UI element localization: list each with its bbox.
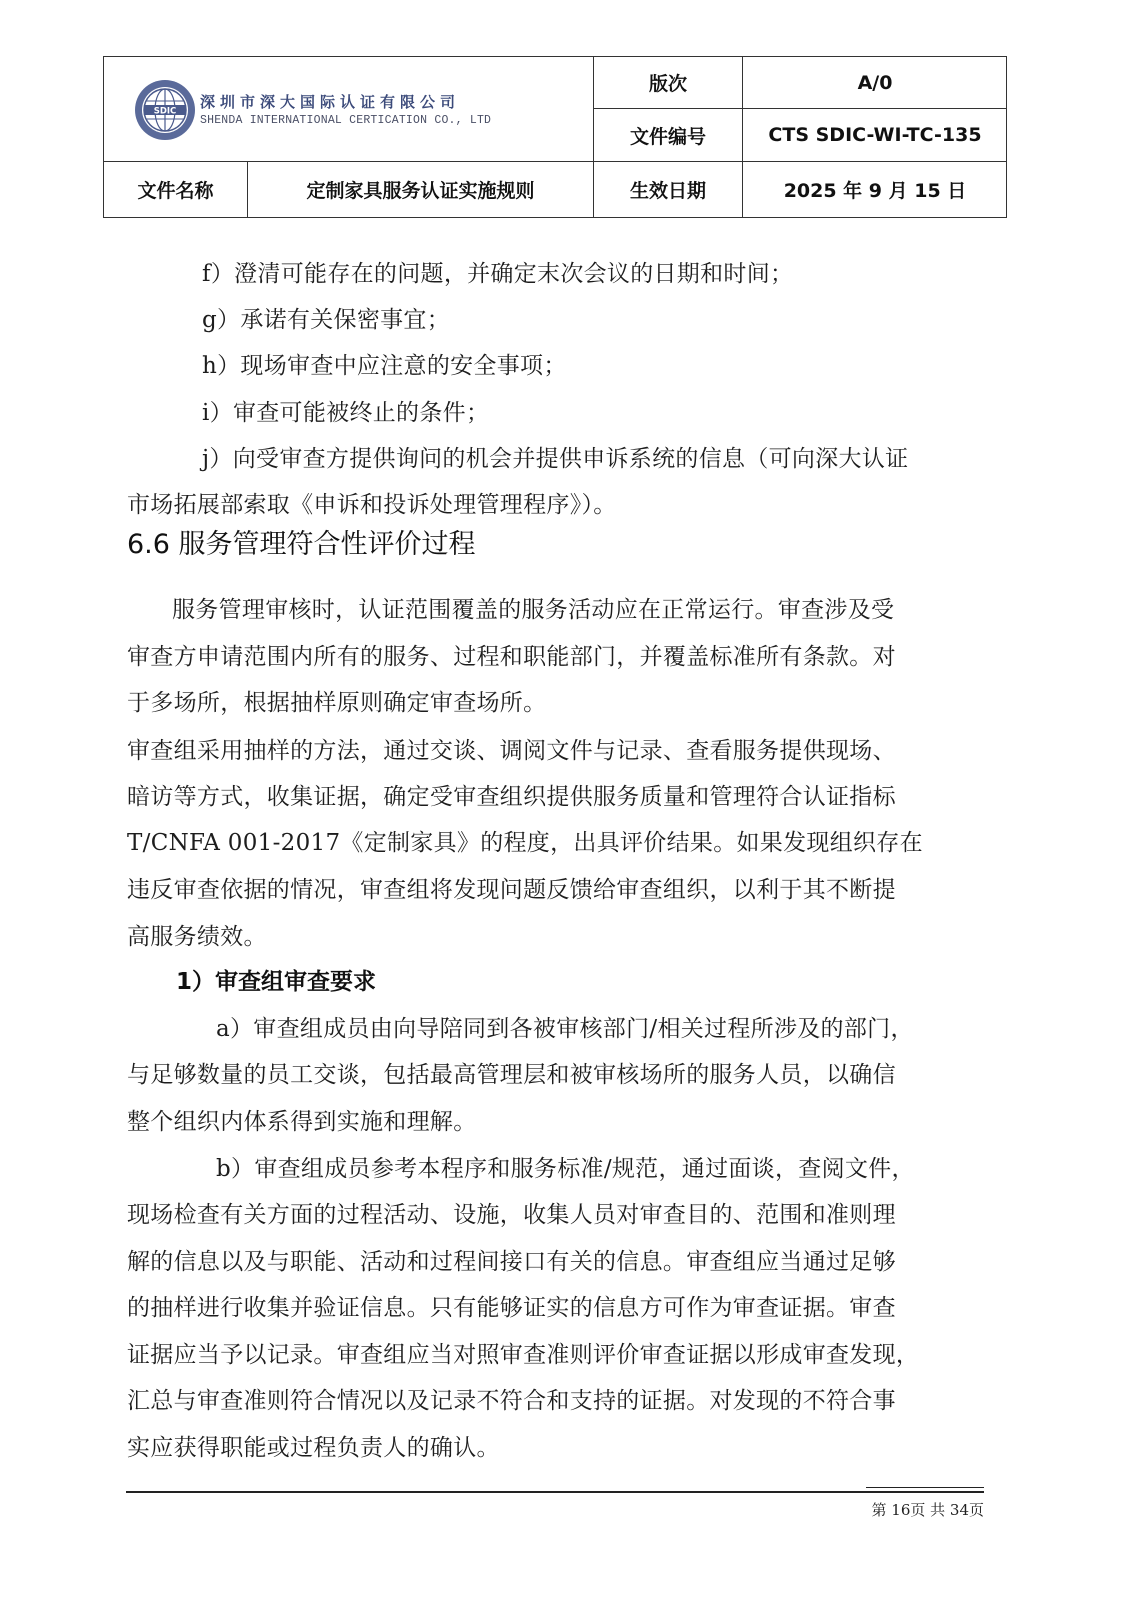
item-b-line: b）审查组成员参考本程序和服务标准/规范，通过面谈，查阅文件， bbox=[216, 1150, 915, 1183]
document-number-value: CTS SDIC-WI-TC-135 bbox=[743, 109, 1007, 161]
paragraph-2-line: 审查组采用抽样的方法，通过交谈、调阅文件与记录、查看服务提供现场、 bbox=[127, 732, 896, 765]
paragraph-2-line: 暗访等方式，收集证据，确定受审查组织提供服务质量和管理符合认证指标 bbox=[127, 778, 896, 811]
paragraph-2-line: 违反审查依据的情况，审查组将发现问题反馈给审查组织，以利于其不断提 bbox=[127, 871, 896, 904]
paragraph-2-line: 高服务绩效。 bbox=[127, 918, 267, 951]
page-number: 第 16页 共 34页 bbox=[872, 1499, 984, 1520]
footer-divider bbox=[126, 1491, 984, 1493]
paragraph-2-line: T/CNFA 001-2017《定制家具》的程度，出具评价结果。如果发现组织存在 bbox=[127, 824, 923, 857]
paragraph-1-line: 服务管理审核时，认证范围覆盖的服务活动应在正常运行。审查涉及受 bbox=[172, 591, 894, 624]
effective-date-value: 2025 年 9 月 15 日 bbox=[743, 162, 1007, 217]
list-item-f: f）澄清可能存在的问题，并确定末次会议的日期和时间； bbox=[202, 255, 793, 288]
document-name-label: 文件名称 bbox=[104, 162, 247, 217]
paragraph-1-line: 于多场所，根据抽样原则确定审查场所。 bbox=[127, 684, 546, 717]
effective-date-label: 生效日期 bbox=[594, 162, 742, 217]
svg-text:SDIC: SDIC bbox=[154, 107, 177, 117]
item-a-line: 整个组织内体系得到实施和理解。 bbox=[127, 1103, 477, 1136]
subsection-heading: 1）审查组审查要求 bbox=[176, 963, 376, 996]
item-b-line: 现场检查有关方面的过程活动、设施，收集人员对审查目的、范围和准则理 bbox=[127, 1196, 896, 1229]
list-item-g: g）承诺有关保密事宜； bbox=[202, 301, 450, 334]
item-a-line: a）审查组成员由向导陪同到各被审核部门/相关过程所涉及的部门， bbox=[216, 1010, 914, 1043]
item-a-line: 与足够数量的员工交谈，包括最高管理层和被审核场所的服务人员，以确信 bbox=[127, 1056, 896, 1089]
footer-divider-short bbox=[866, 1487, 984, 1488]
list-item-i: i）审查可能被终止的条件； bbox=[202, 394, 489, 427]
document-number-label: 文件编号 bbox=[594, 109, 742, 161]
item-b-line: 汇总与审查准则符合情况以及记录不符合和支持的证据。对发现的不符合事 bbox=[127, 1382, 896, 1415]
list-item-j: j）向受审查方提供询问的机会并提供申诉系统的信息（可向深大认证 bbox=[202, 440, 908, 473]
list-item-h: h）现场审查中应注意的安全事项； bbox=[202, 347, 567, 380]
paragraph-1-line: 审查方申请范围内所有的服务、过程和职能部门，并覆盖标准所有条款。对 bbox=[127, 638, 896, 671]
company-name-cn: 深圳市深大国际认证有限公司 bbox=[200, 91, 460, 112]
document-name-value: 定制家具服务认证实施规则 bbox=[248, 162, 593, 217]
version-value: A/0 bbox=[743, 57, 1007, 108]
item-b-line: 证据应当予以记录。审查组应当对照审查准则评价审查证据以形成审查发现， bbox=[127, 1336, 919, 1369]
section-heading-6-6: 6.6 服务管理符合性评价过程 bbox=[127, 522, 476, 561]
list-item-j-continued: 市场拓展部索取《申诉和投诉处理管理程序》）。 bbox=[127, 486, 617, 519]
item-b-line: 解的信息以及与职能、活动和过程间接口有关的信息。审查组应当通过足够 bbox=[127, 1243, 896, 1276]
company-name-en: SHENDA INTERNATIONAL CERTICATION CO., LT… bbox=[200, 114, 491, 127]
item-b-line: 的抽样进行收集并验证信息。只有能够证实的信息方可作为审查证据。审查 bbox=[127, 1289, 896, 1322]
document-page: SDIC 深圳市深大国际认证有限公司 SHENDA INTERNATIONAL … bbox=[0, 0, 1131, 1600]
company-globe-logo-icon: SDIC bbox=[134, 79, 196, 141]
company-logo-block: SDIC 深圳市深大国际认证有限公司 SHENDA INTERNATIONAL … bbox=[104, 57, 594, 161]
item-b-line: 实应获得职能或过程负责人的确认。 bbox=[127, 1429, 500, 1462]
document-header-table: SDIC 深圳市深大国际认证有限公司 SHENDA INTERNATIONAL … bbox=[103, 56, 1007, 218]
version-label: 版次 bbox=[594, 57, 742, 108]
